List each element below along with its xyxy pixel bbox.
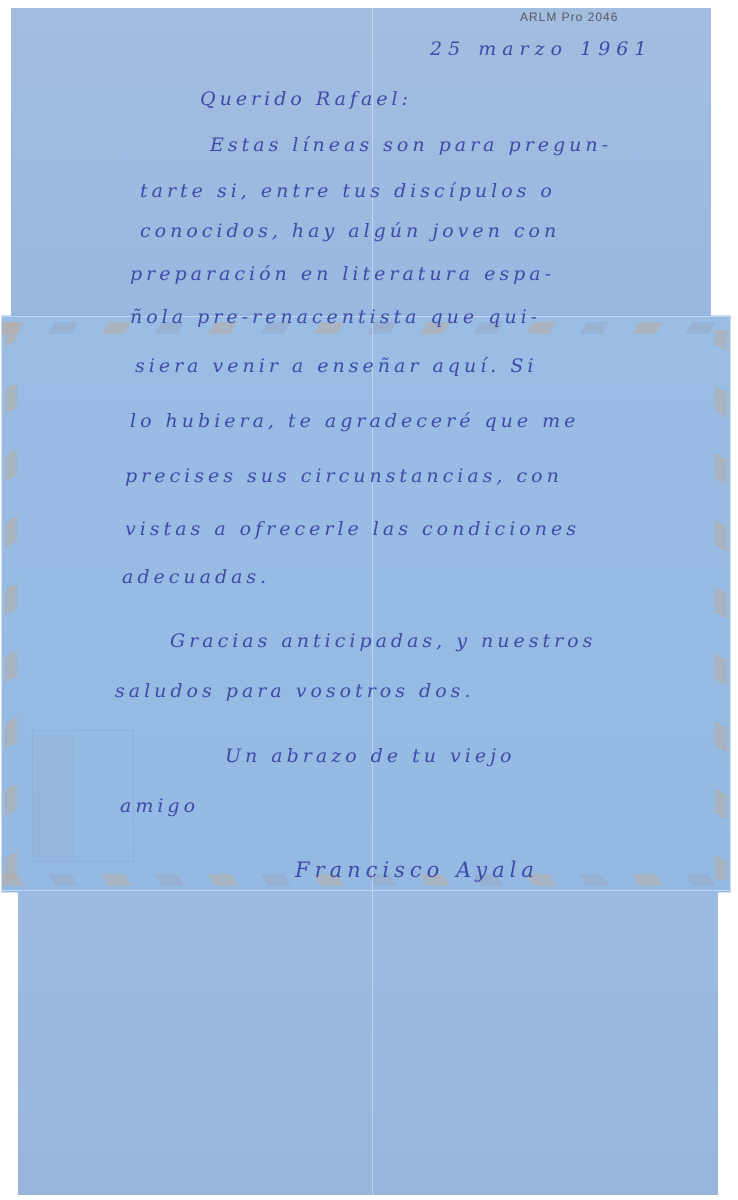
letter-line: tarte si, entre tus discípulos o [140, 180, 556, 202]
horizontal-fold-line-bottom [2, 890, 730, 891]
letter-greeting: Querido Rafael: [200, 88, 412, 110]
letter-line: ñola pre-renacentista que qui- [130, 306, 541, 328]
letter-closing: amigo [120, 795, 199, 817]
letter-line: conocidos, hay algún joven con [140, 220, 560, 242]
letter-line: precises sus circunstancias, con [125, 465, 563, 487]
stamp-imprint [34, 735, 74, 860]
archive-reference: ARLM Pro 2046 [520, 10, 618, 24]
airmail-border-left [5, 322, 17, 882]
letter-line: siera venir a enseñar aquí. Si [135, 355, 537, 377]
letter-closing: Un abrazo de tu viejo [225, 745, 515, 767]
letter-signature: Francisco Ayala [295, 858, 539, 882]
letter-line: Gracias anticipadas, y nuestros [170, 630, 596, 652]
letter-line: preparación en literatura espa- [130, 263, 555, 285]
aerogramme-bottom-panel [18, 890, 718, 1195]
letter-date: 25 marzo 1961 [430, 38, 653, 60]
letter-line: lo hubiera, te agradeceré que me [130, 410, 579, 432]
airmail-border-right [715, 330, 727, 880]
letter-line: adecuadas. [122, 566, 270, 588]
letter-line: Estas líneas son para pregun- [210, 134, 612, 156]
letter-line: vistas a ofrecerle las condiciones [125, 518, 580, 540]
letter-line: saludos para vosotros dos. [115, 680, 474, 702]
